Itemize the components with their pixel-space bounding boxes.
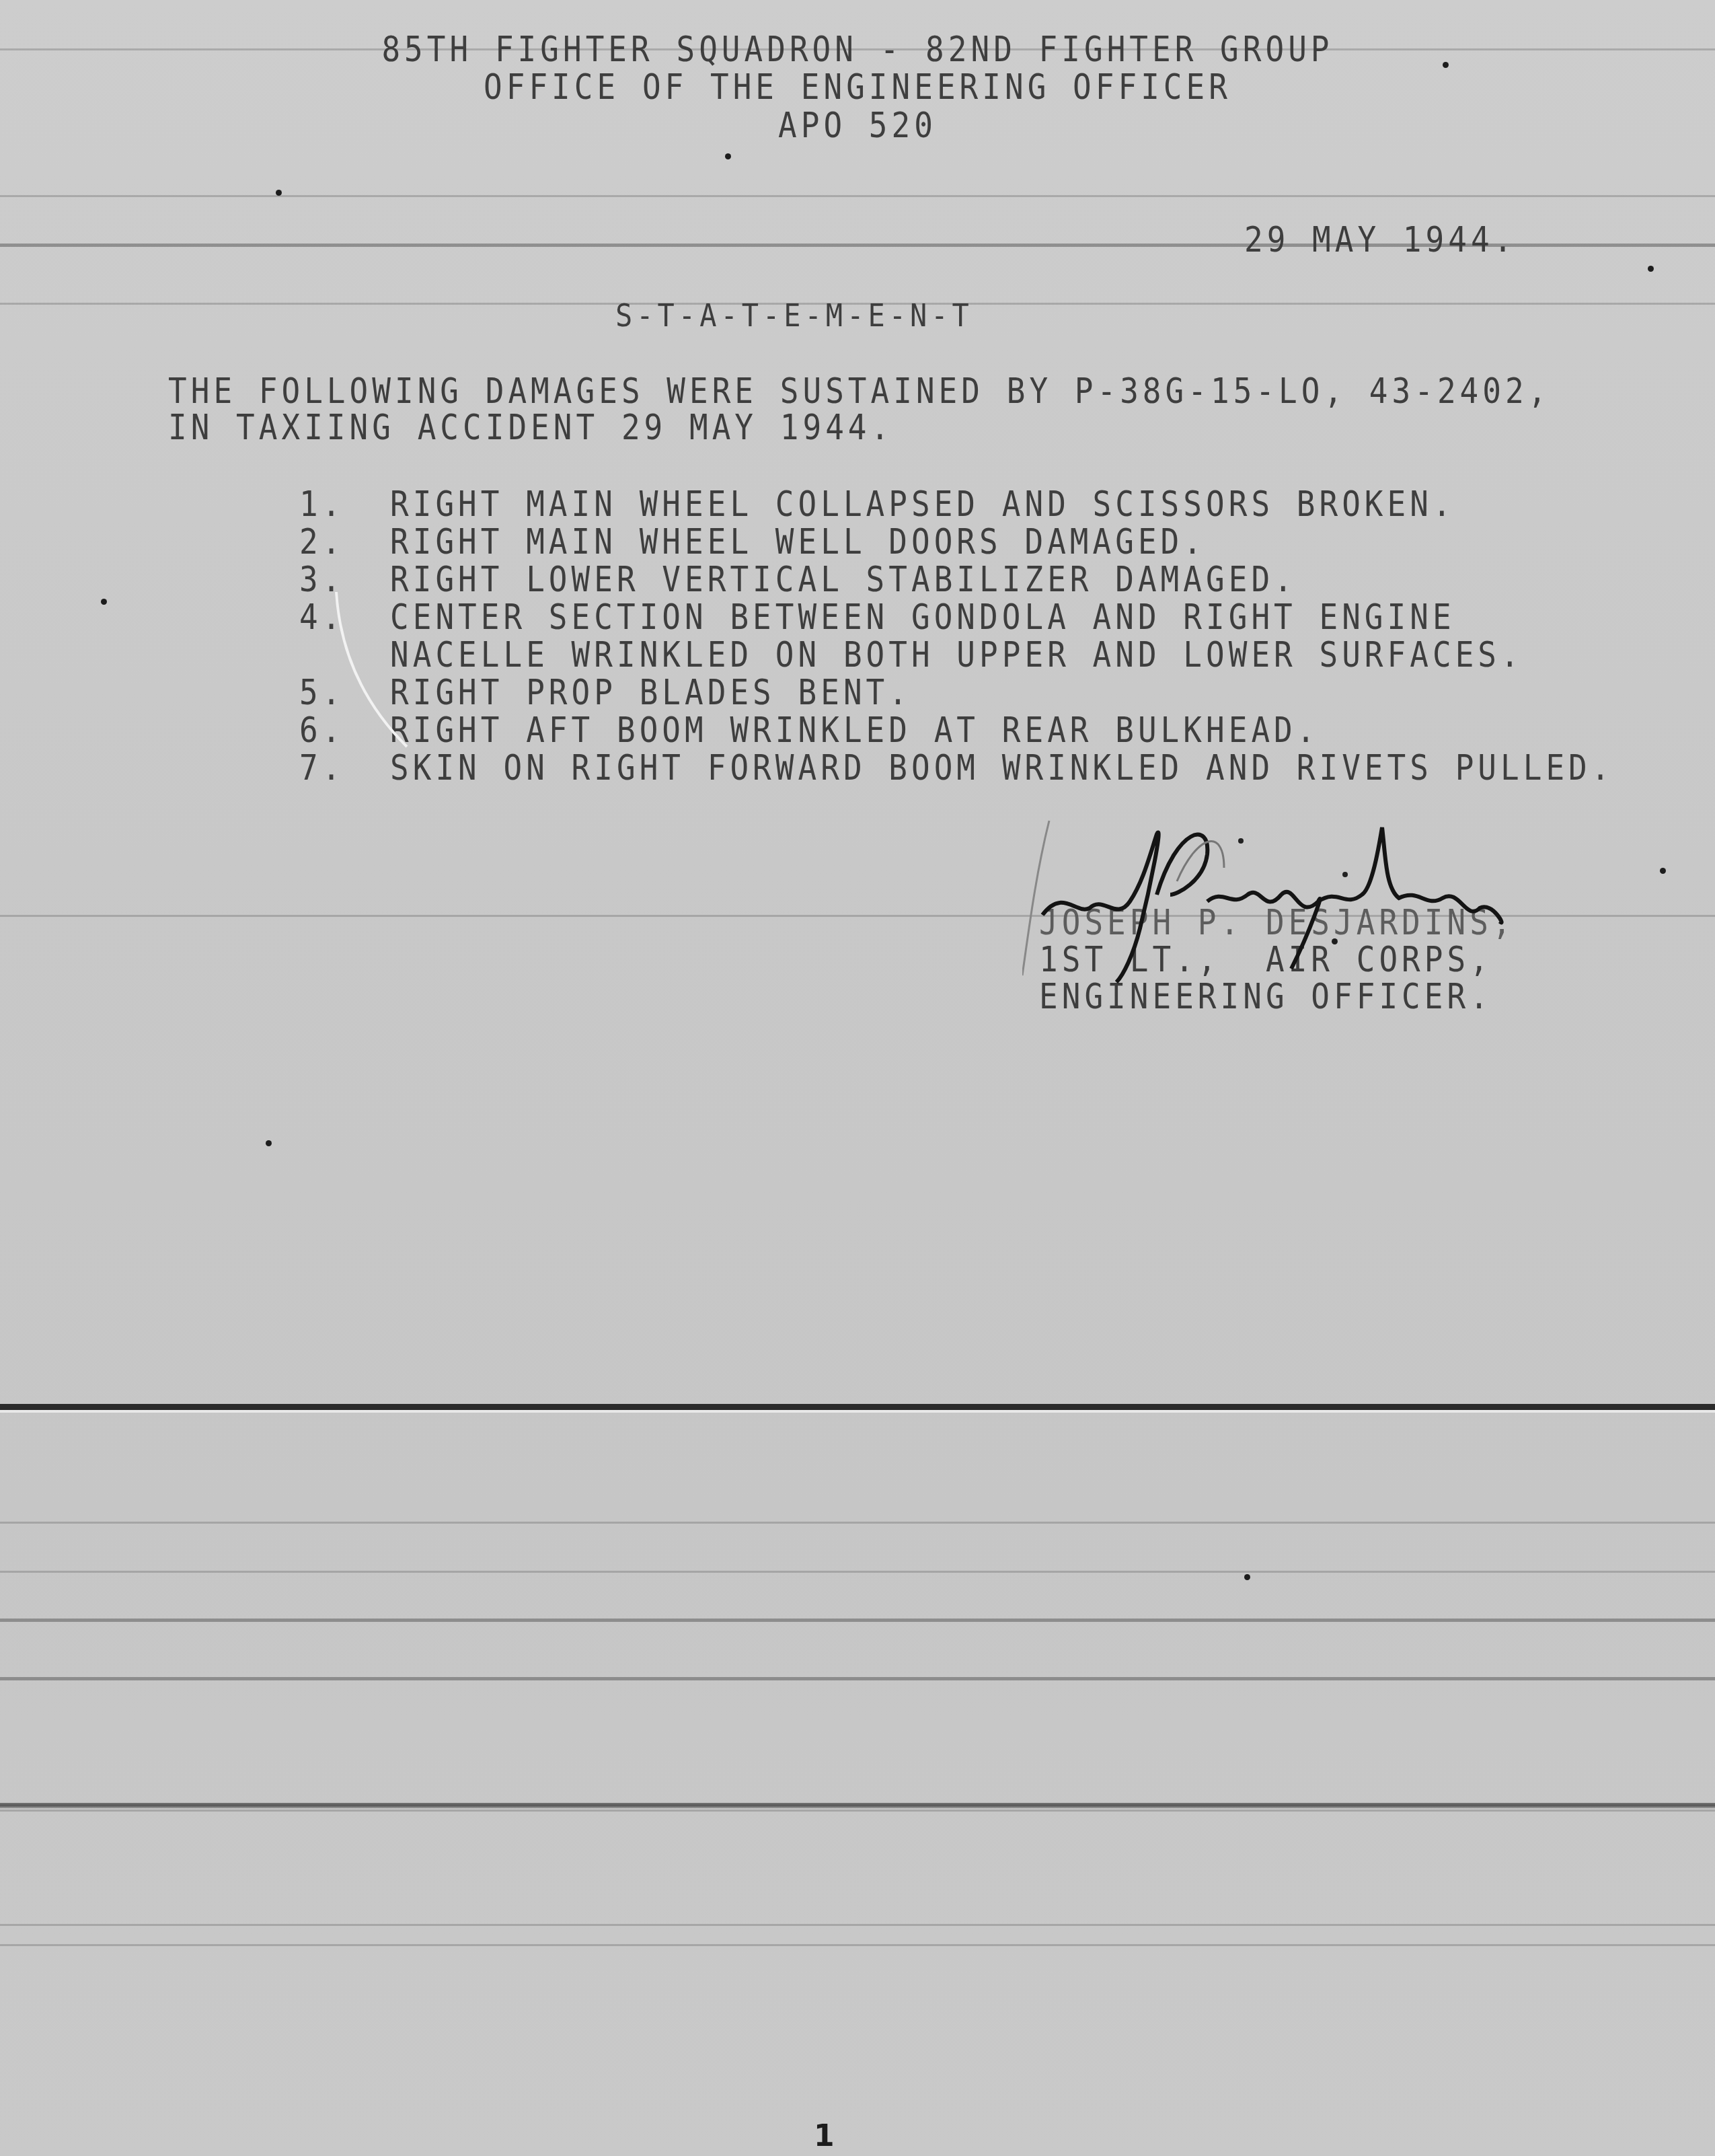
damage-item: RIGHT PROP BLADES BENT. xyxy=(390,671,911,714)
damage-item-continued: NACELLE WRINKLED ON BOTH UPPER AND LOWER… xyxy=(390,634,1523,676)
damage-item: RIGHT AFT BOOM WRINKLED AT REAR BULKHEAD… xyxy=(390,709,1319,751)
damage-item: RIGHT LOWER VERTICAL STABILIZER DAMAGED. xyxy=(390,558,1297,601)
document-date: 29 MAY 1944. xyxy=(1244,219,1516,261)
damage-item: RIGHT MAIN WHEEL WELL DOORS DAMAGED. xyxy=(390,521,1206,563)
intro-line-2: IN TAXIING ACCIDENT 29 MAY 1944. xyxy=(168,406,893,449)
speck xyxy=(1244,1574,1250,1580)
scan-line xyxy=(0,1522,1715,1524)
scan-line xyxy=(0,1810,1715,1812)
scan-line xyxy=(0,1944,1715,1946)
page-number: 1 xyxy=(814,2119,835,2153)
damage-item: RIGHT MAIN WHEEL COLLAPSED AND SCISSORS … xyxy=(390,483,1455,525)
speck xyxy=(1648,266,1654,272)
speck xyxy=(276,190,282,196)
damage-item: SKIN ON RIGHT FORWARD BOOM WRINKLED AND … xyxy=(390,747,1614,789)
scan-line xyxy=(0,1571,1715,1573)
handwritten-signature xyxy=(1022,814,1533,989)
scan-line xyxy=(0,1924,1715,1926)
scan-line xyxy=(0,1619,1715,1622)
damage-item-number: 1. xyxy=(299,483,344,525)
speck xyxy=(1332,938,1338,944)
damage-item: CENTER SECTION BETWEEN GONDOLA AND RIGHT… xyxy=(390,596,1455,638)
speck xyxy=(1660,868,1666,874)
document-title: S-T-A-T-E-M-E-N-T xyxy=(615,295,973,337)
scan-line xyxy=(0,1677,1715,1680)
scan-line xyxy=(0,195,1715,197)
scan-line xyxy=(0,1805,1715,1808)
speck xyxy=(725,153,731,159)
speck xyxy=(266,1140,272,1146)
letterhead-squadron: 85TH FIGHTER SQUADRON - 82ND FIGHTER GRO… xyxy=(0,28,1715,71)
letterhead-office: OFFICE OF THE ENGINEERING OFFICER xyxy=(0,66,1715,108)
speck xyxy=(1443,62,1449,68)
scan-scratch-mark xyxy=(333,592,427,794)
speck xyxy=(101,599,107,605)
letterhead-apo: APO 520 xyxy=(0,104,1715,147)
page-divider-line xyxy=(0,1404,1715,1410)
damage-item-number: 2. xyxy=(299,521,344,563)
